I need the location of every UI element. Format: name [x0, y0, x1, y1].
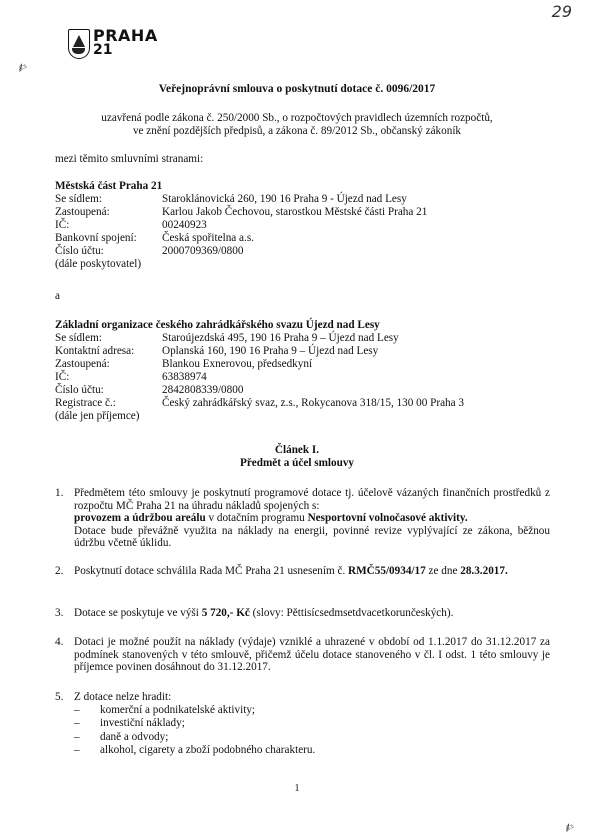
list-item: –komerční a podnikatelské aktivity;	[74, 704, 474, 717]
row-value: 2842808339/0800	[162, 384, 243, 397]
clause-bold: provozem a údržbou areálu	[74, 512, 206, 524]
provider-name: Městská část Praha 21	[55, 180, 162, 193]
conjunction: a	[55, 290, 60, 303]
row-label: Číslo účtu:	[55, 245, 104, 258]
list-item: –alkohol, cigarety a zboží podobného cha…	[74, 744, 474, 757]
row-value: Staroklánovická 260, 190 16 Praha 9 - Új…	[162, 193, 407, 206]
clause-number: 2.	[55, 565, 63, 578]
row-label: Se sídlem:	[55, 193, 102, 206]
between-parties: mezi těmito smluvními stranami:	[55, 153, 203, 166]
row-label: IČ:	[55, 371, 69, 384]
row-value: Česká spořitelna a.s.	[162, 232, 254, 245]
grant-amount: 5 720,- Kč	[202, 607, 250, 619]
subtitle-line-2: ve znění pozdějších předpisů, a zákona č…	[0, 125, 594, 138]
resolution-number: RMČ55/0934/17	[348, 565, 426, 577]
row-label: Se sídlem:	[55, 332, 102, 345]
clause-text: Dotaci je možné použít na náklady (výdaj…	[74, 636, 550, 674]
page-number: 1	[0, 783, 594, 796]
clause-number: 5.	[55, 691, 63, 704]
clause-text: ze dne	[426, 565, 460, 577]
coat-of-arms-icon	[68, 29, 90, 59]
row-value: Karlou Jakob Čechovou, starostkou Městsk…	[162, 206, 427, 219]
row-value: Blankou Exnerovou, předsedkyní	[162, 358, 312, 371]
row-label: Registrace č.:	[55, 397, 116, 410]
row-value: 63838974	[162, 371, 207, 384]
clause-text: Poskytnutí dotace schválila Rada MČ Prah…	[74, 565, 348, 577]
clause-text: Dotace bude převážně využita na náklady …	[74, 525, 550, 550]
exclusions-list: –komerční a podnikatelské aktivity; –inv…	[74, 704, 474, 758]
handwritten-page-number: 29	[552, 6, 572, 19]
clause-number: 3.	[55, 607, 63, 620]
clause-text: (slovy: Pěttisícsedmsetdvacetkorunčeskýc…	[250, 607, 454, 619]
initials-mark-icon: ✍	[562, 821, 576, 837]
recipient-name: Základní organizace českého zahrádkářské…	[55, 319, 380, 332]
row-value: 00240923	[162, 219, 207, 232]
program-name: Nesportovní volnočasové aktivity.	[308, 512, 468, 524]
list-item: –investiční náklady;	[74, 717, 474, 730]
clause-text: Předmětem této smlouvy je poskytnutí pro…	[74, 487, 550, 512]
row-label: Kontaktní adresa:	[55, 345, 134, 358]
logo-district: 21	[93, 43, 158, 57]
clause-text: Z dotace nelze hradit:	[74, 691, 550, 704]
document-title: Veřejnoprávní smlouva o poskytnutí dotac…	[0, 83, 594, 96]
clause-number: 1.	[55, 487, 63, 500]
list-item: –daně a odvody;	[74, 731, 474, 744]
resolution-date: 28.3.2017.	[460, 565, 508, 577]
row-value: Staroújezdská 495, 190 16 Praha 9 – Újez…	[162, 332, 399, 345]
article-number: Článek I.	[0, 444, 594, 457]
praha-21-logo: PRAHA 21	[68, 29, 158, 59]
initials-mark-icon: ✍	[15, 61, 29, 77]
provider-designation: (dále poskytovatel)	[55, 258, 141, 271]
clause-number: 4.	[55, 636, 63, 649]
row-label: IČ:	[55, 219, 69, 232]
row-value: Český zahrádkářský svaz, z.s., Rokycanov…	[162, 397, 464, 410]
clause-text: v dotačním programu	[206, 512, 308, 524]
article-heading: Předmět a účel smlouvy	[0, 457, 594, 470]
row-label: Zastoupená:	[55, 206, 110, 219]
row-label: Zastoupená:	[55, 358, 110, 371]
recipient-designation: (dále jen příjemce)	[55, 410, 139, 423]
row-label: Bankovní spojení:	[55, 232, 137, 245]
row-value: Oplanská 160, 190 16 Praha 9 – Újezd nad…	[162, 345, 378, 358]
subtitle-line-1: uzavřená podle zákona č. 250/2000 Sb., o…	[0, 112, 594, 125]
logo-city: PRAHA	[93, 29, 158, 43]
clause-text: Dotace se poskytuje ve výši	[74, 607, 202, 619]
row-label: Číslo účtu:	[55, 384, 104, 397]
row-value: 2000709369/0800	[162, 245, 243, 258]
